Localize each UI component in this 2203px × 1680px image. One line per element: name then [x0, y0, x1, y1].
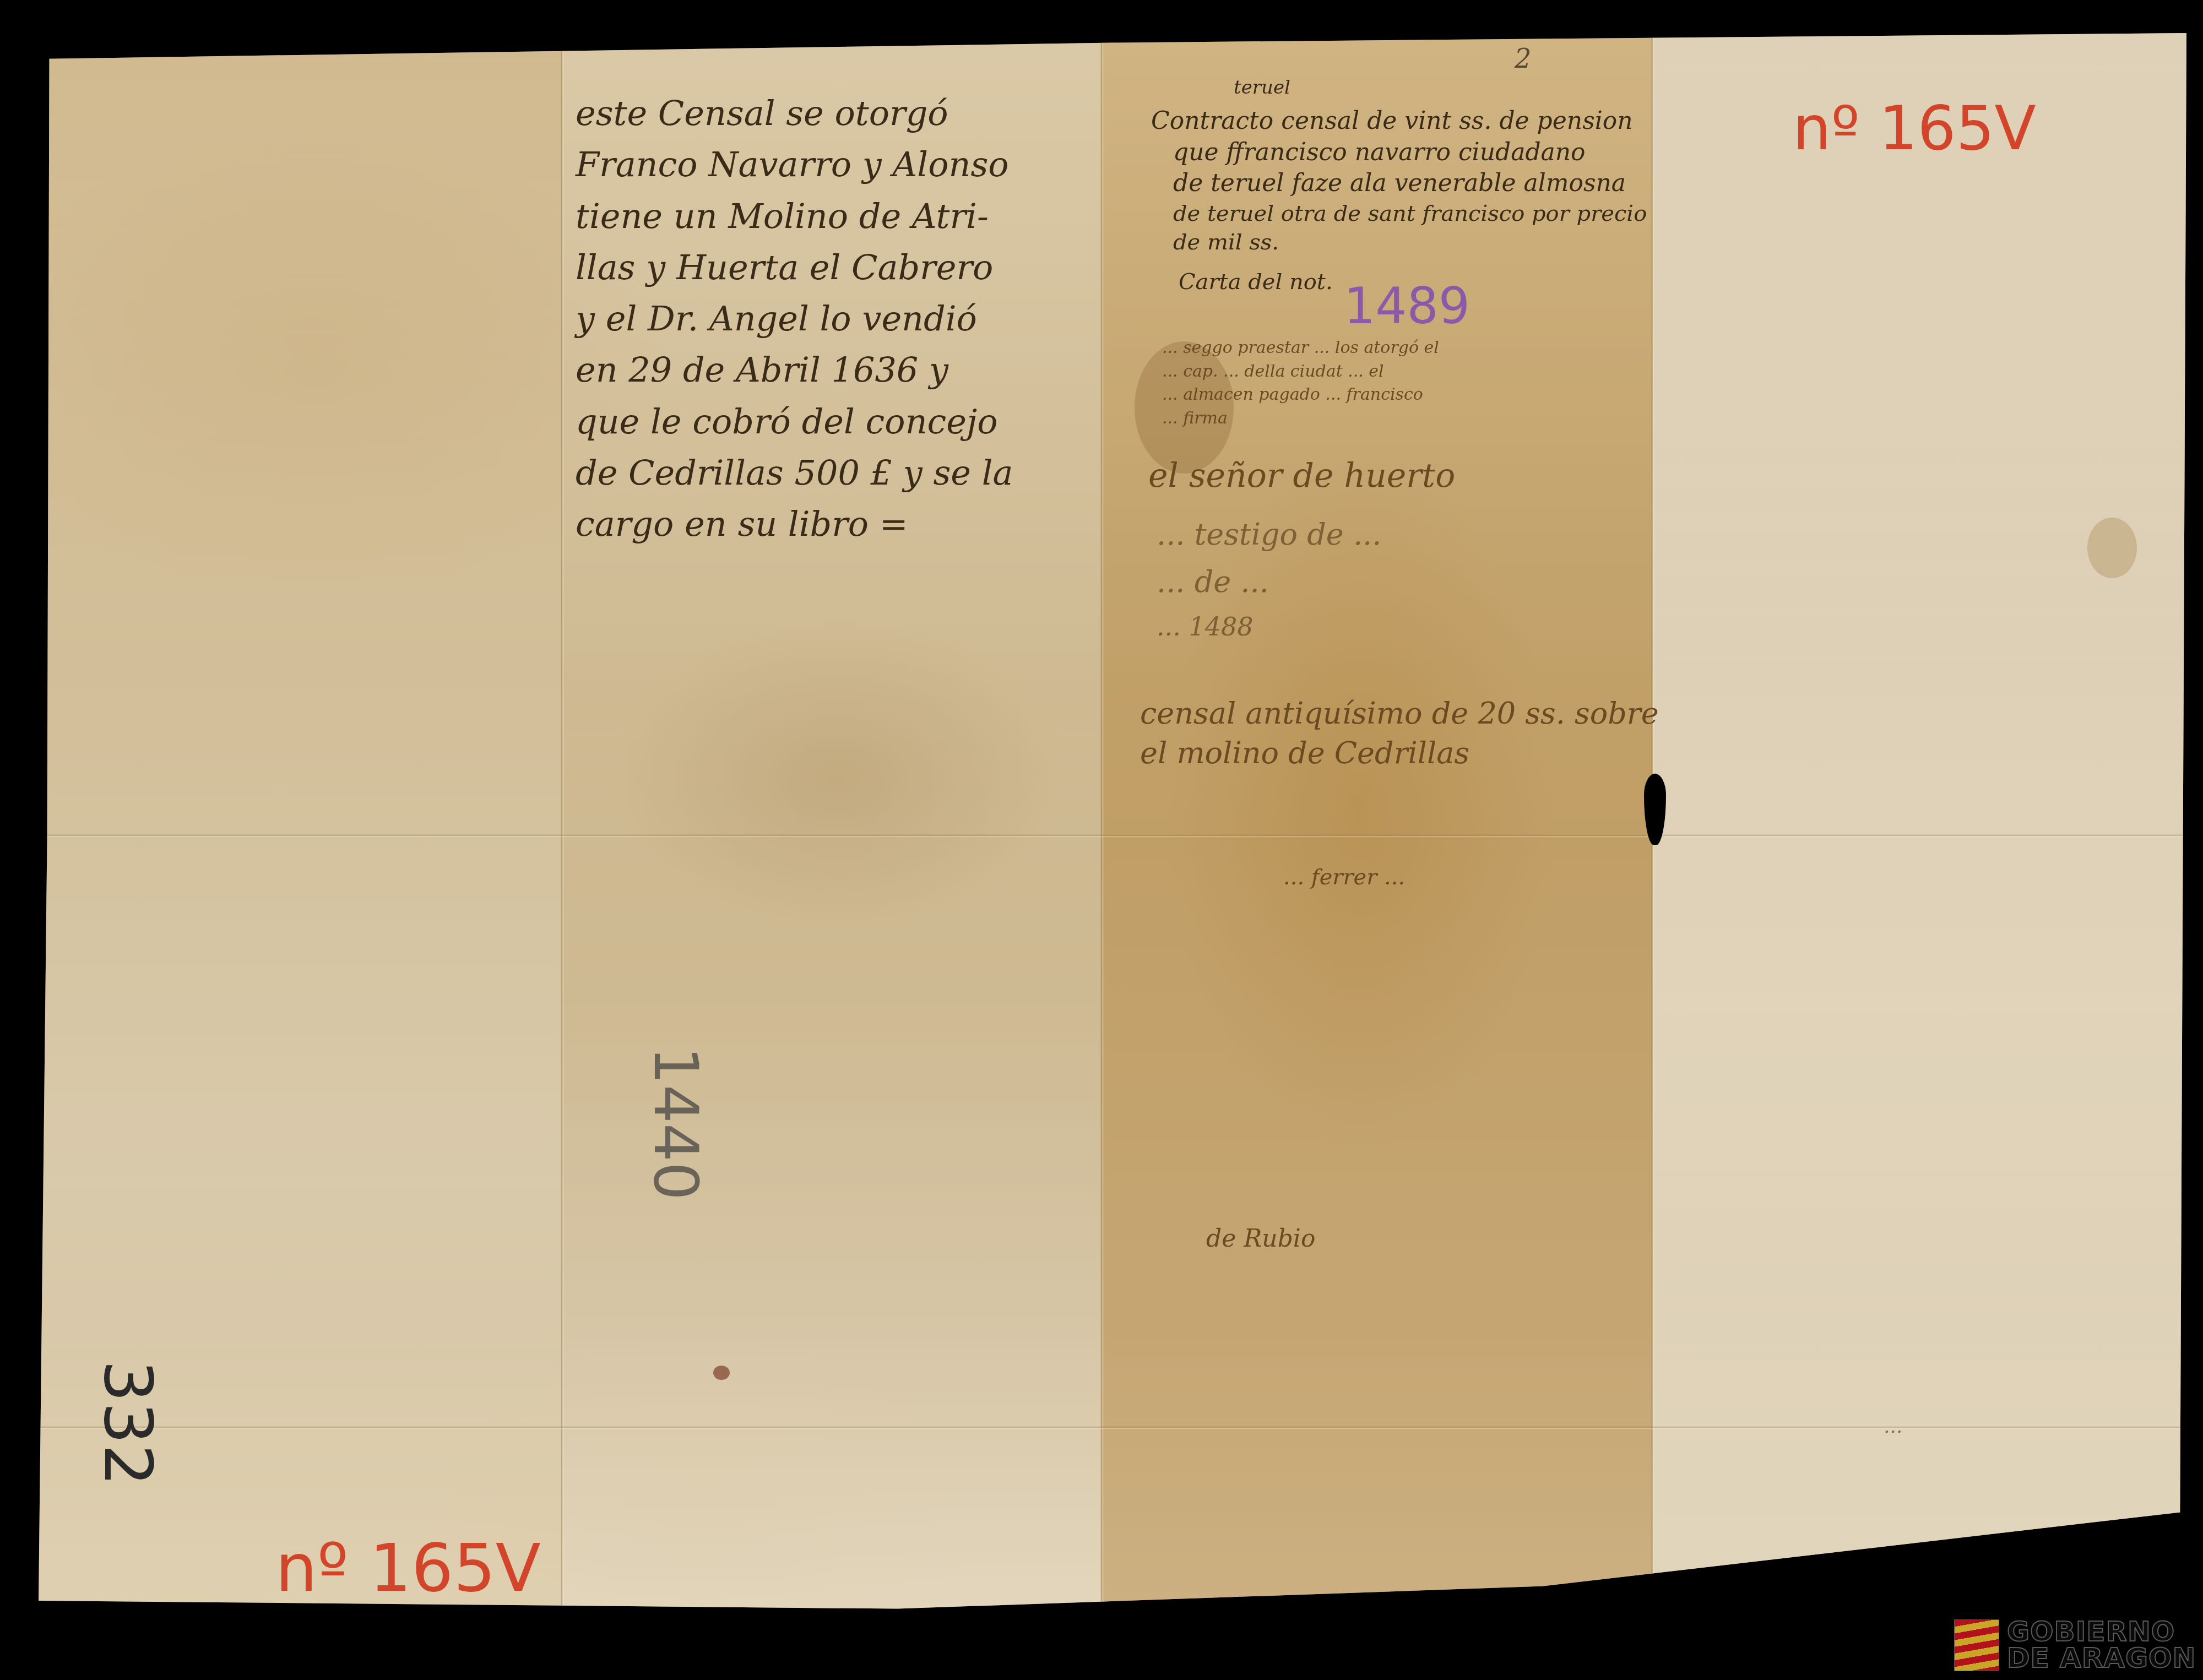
endorsement-line: Franco Navarro y Alonso — [576, 145, 1013, 184]
parchment-sheet — [39, 33, 2186, 1641]
stain — [713, 1366, 730, 1380]
gobierno-de-aragon-logo: GOBIERNO DE ARAGON — [1954, 1619, 2196, 1671]
endorsement-line: de teruel faze ala venerable almosna — [1151, 170, 1647, 198]
endorsement-panel-3-top: Contracto censal de vint ss. de pension … — [1151, 107, 1647, 295]
endorsement-line: que ffrancisco navarro ciudadano — [1151, 139, 1647, 167]
endorsement-line: llas y Huerta el Cabrero — [576, 248, 1013, 287]
heading-senor-de-huerto: el señor de huerto — [1148, 457, 1455, 495]
endorsement-panel-3-lower: censal antiquísimo de 20 ss. sobre el mo… — [1140, 697, 1659, 770]
pencil-number-1440: 1440 — [641, 1046, 711, 1200]
endorsement-line: cargo en su libro = — [576, 504, 1013, 543]
endorsement-line: de Cedrillas 500 £ y se la — [576, 453, 1013, 492]
note-de-rubio: de Rubio — [1206, 1225, 1315, 1253]
aragon-flag-icon — [1954, 1619, 1999, 1671]
pencil-number-332: 332 — [89, 1360, 165, 1486]
cursive-block: ... testigo de ... ... de ... ... 1488 — [1157, 518, 1381, 641]
endorsement-line: ... almacen pagado ... francisco — [1162, 385, 1439, 405]
faint-note: ... — [1884, 1415, 1909, 1438]
endorsement-line: Contracto censal de vint ss. de pension — [1151, 107, 1647, 135]
endorsement-line: censal antiquísimo de 20 ss. sobre — [1140, 697, 1659, 731]
endorsement-line: en 29 de Abril 1636 y — [576, 350, 1013, 389]
signature: ... ferrer ... — [1283, 865, 1405, 890]
horizontal-fold-line — [39, 834, 2186, 838]
date-1489: 1489 — [1344, 278, 1470, 335]
endorsement-line: ... testigo de ... — [1157, 518, 1381, 552]
endorsement-line: este Censal se otorgó — [576, 94, 1013, 133]
endorsement-line: ... cap. ... della ciudat ... el — [1162, 362, 1439, 382]
endorsement-line: ... de ... — [1157, 565, 1381, 599]
endorsement-superscript: teruel — [1234, 77, 1290, 99]
endorsement-line: ... 1488 — [1157, 612, 1381, 641]
endorsement-line: ... seggo praestar ... los atorgó el — [1162, 339, 1439, 358]
horizontal-fold-line — [39, 1426, 2186, 1429]
endorsement-line: y el Dr. Angel lo vendió — [576, 299, 1013, 338]
endorsement-line: de mil ss. — [1151, 230, 1647, 255]
archive-number-top: nº 165V — [1793, 94, 2036, 164]
endorsement-panel-3-middle: ... seggo praestar ... los atorgó el ...… — [1162, 339, 1439, 428]
endorsement-line: de teruel otra de sant francisco por pre… — [1151, 201, 1647, 226]
endorsement-line: tiene un Molino de Atri- — [576, 197, 1013, 236]
endorsement-line: que le cobró del concejo — [576, 402, 1013, 441]
endorsement-panel-2: este Censal se otorgó Franco Navarro y A… — [576, 94, 1013, 544]
endorsement-line: el molino de Cedrillas — [1140, 736, 1659, 770]
logo-line-2: DE ARAGON — [2007, 1645, 2196, 1672]
margin-mark: 2 — [1515, 44, 1532, 74]
logo-line-1: GOBIERNO — [2007, 1619, 2196, 1645]
stain — [2087, 518, 2137, 578]
endorsement-line: ... firma — [1162, 409, 1439, 428]
logo-text: GOBIERNO DE ARAGON — [2007, 1619, 2196, 1671]
archive-number-bottom: nº 165V — [275, 1531, 541, 1607]
